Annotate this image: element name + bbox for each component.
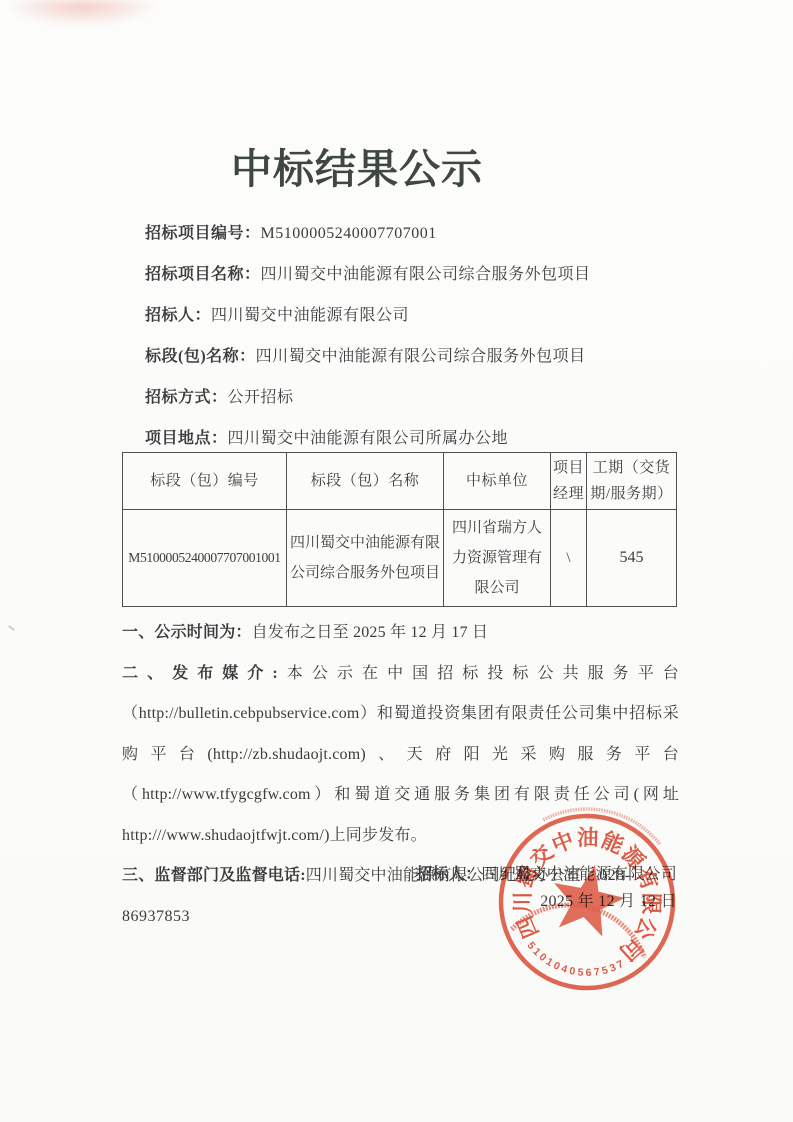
svg-text:7: 7 xyxy=(615,958,626,971)
publish-media-label: 二、发布媒介: xyxy=(122,665,278,682)
publicity-period-value: 自发布之日至 2025 年 12 月 17 日 xyxy=(252,624,489,641)
bid-method-label: 招标方式： xyxy=(145,389,228,406)
cell-section-name: 四川蜀交中油能源有限公司综合服务外包项目 xyxy=(287,510,444,607)
info-line-tenderer: 招标人：四川蜀交中油能源有限公司 xyxy=(145,302,591,343)
note-publicity-period: 一、公示时间为：自发布之日至 2025 年 12 月 17 日 xyxy=(122,613,679,654)
svg-text:5: 5 xyxy=(577,966,584,979)
company-seal: 四川蜀交中油能源有限公司 5101040567537 xyxy=(476,791,698,1013)
header-duration: 工期（交货期/服务期） xyxy=(587,453,677,510)
svg-text:限: 限 xyxy=(639,893,664,916)
scan-smudge xyxy=(6,0,158,26)
cell-winning-bidder: 四川省瑞方人力资源管理有限公司 xyxy=(444,510,551,607)
tenderer-value: 四川蜀交中油能源有限公司 xyxy=(211,307,409,324)
project-location-label: 项目地点： xyxy=(145,430,228,447)
svg-text:0: 0 xyxy=(568,965,576,978)
svg-text:四: 四 xyxy=(513,912,543,941)
table-row: M5100005240007707001001 四川蜀交中油能源有限公司综合服务… xyxy=(123,510,677,607)
cell-duration: 545 xyxy=(587,510,677,607)
signature-bidder-label: 招标人： xyxy=(416,866,481,883)
svg-text:7: 7 xyxy=(593,966,601,979)
project-name-label: 招标项目名称： xyxy=(145,266,261,283)
info-section: 招标项目编号：M5100005240007707001 招标项目名称：四川蜀交中… xyxy=(145,220,591,466)
document-page: 中标结果公示 招标项目编号：M5100005240007707001 招标项目名… xyxy=(0,0,793,1122)
header-section-number: 标段（包）编号 xyxy=(123,453,287,510)
tenderer-label: 招标人： xyxy=(145,307,211,324)
project-location-value: 四川蜀交中油能源有限公司所属办公地 xyxy=(228,430,509,447)
bid-method-value: 公开招标 xyxy=(228,389,294,406)
info-line-project-name: 招标项目名称：四川蜀交中油能源有限公司综合服务外包项目 xyxy=(145,261,591,302)
info-line-bid-method: 招标方式：公开招标 xyxy=(145,384,591,425)
header-winning-bidder: 中标单位 xyxy=(444,453,551,510)
page-title: 中标结果公示 xyxy=(231,136,483,195)
project-name-value: 四川蜀交中油能源有限公司综合服务外包项目 xyxy=(261,266,591,283)
svg-text:川: 川 xyxy=(511,891,535,913)
project-number-value: M5100005240007707001 xyxy=(261,225,437,242)
svg-text:6: 6 xyxy=(586,967,592,979)
project-number-label: 招标项目编号： xyxy=(145,225,261,242)
info-line-section-name: 标段(包)名称：四川蜀交中油能源有限公司综合服务外包项目 xyxy=(145,343,591,384)
supervision-label: 三、监督部门及监督电话: xyxy=(122,867,306,884)
svg-text:油: 油 xyxy=(577,825,599,850)
info-line-project-number: 招标项目编号：M5100005240007707001 xyxy=(145,220,591,261)
seal-number-text: 5101040567537 xyxy=(520,938,627,988)
publicity-period-label: 一、公示时间为： xyxy=(122,624,252,641)
table-header-row: 标段（包）编号 标段（包）名称 中标单位 项目经理 工期（交货期/服务期） xyxy=(123,453,677,510)
svg-text:4: 4 xyxy=(560,963,570,976)
seal-star xyxy=(545,857,630,939)
header-project-manager: 项目经理 xyxy=(551,453,587,510)
section-name-label: 标段(包)名称： xyxy=(145,348,256,365)
scan-speck xyxy=(8,625,15,631)
cell-project-manager: \ xyxy=(551,510,587,607)
cell-section-number: M5100005240007707001001 xyxy=(123,510,287,607)
header-section-name: 标段（包）名称 xyxy=(287,453,444,510)
bid-result-table: 标段（包）编号 标段（包）名称 中标单位 项目经理 工期（交货期/服务期） M5… xyxy=(122,452,677,607)
section-name-value: 四川蜀交中油能源有限公司综合服务外包项目 xyxy=(256,348,586,365)
